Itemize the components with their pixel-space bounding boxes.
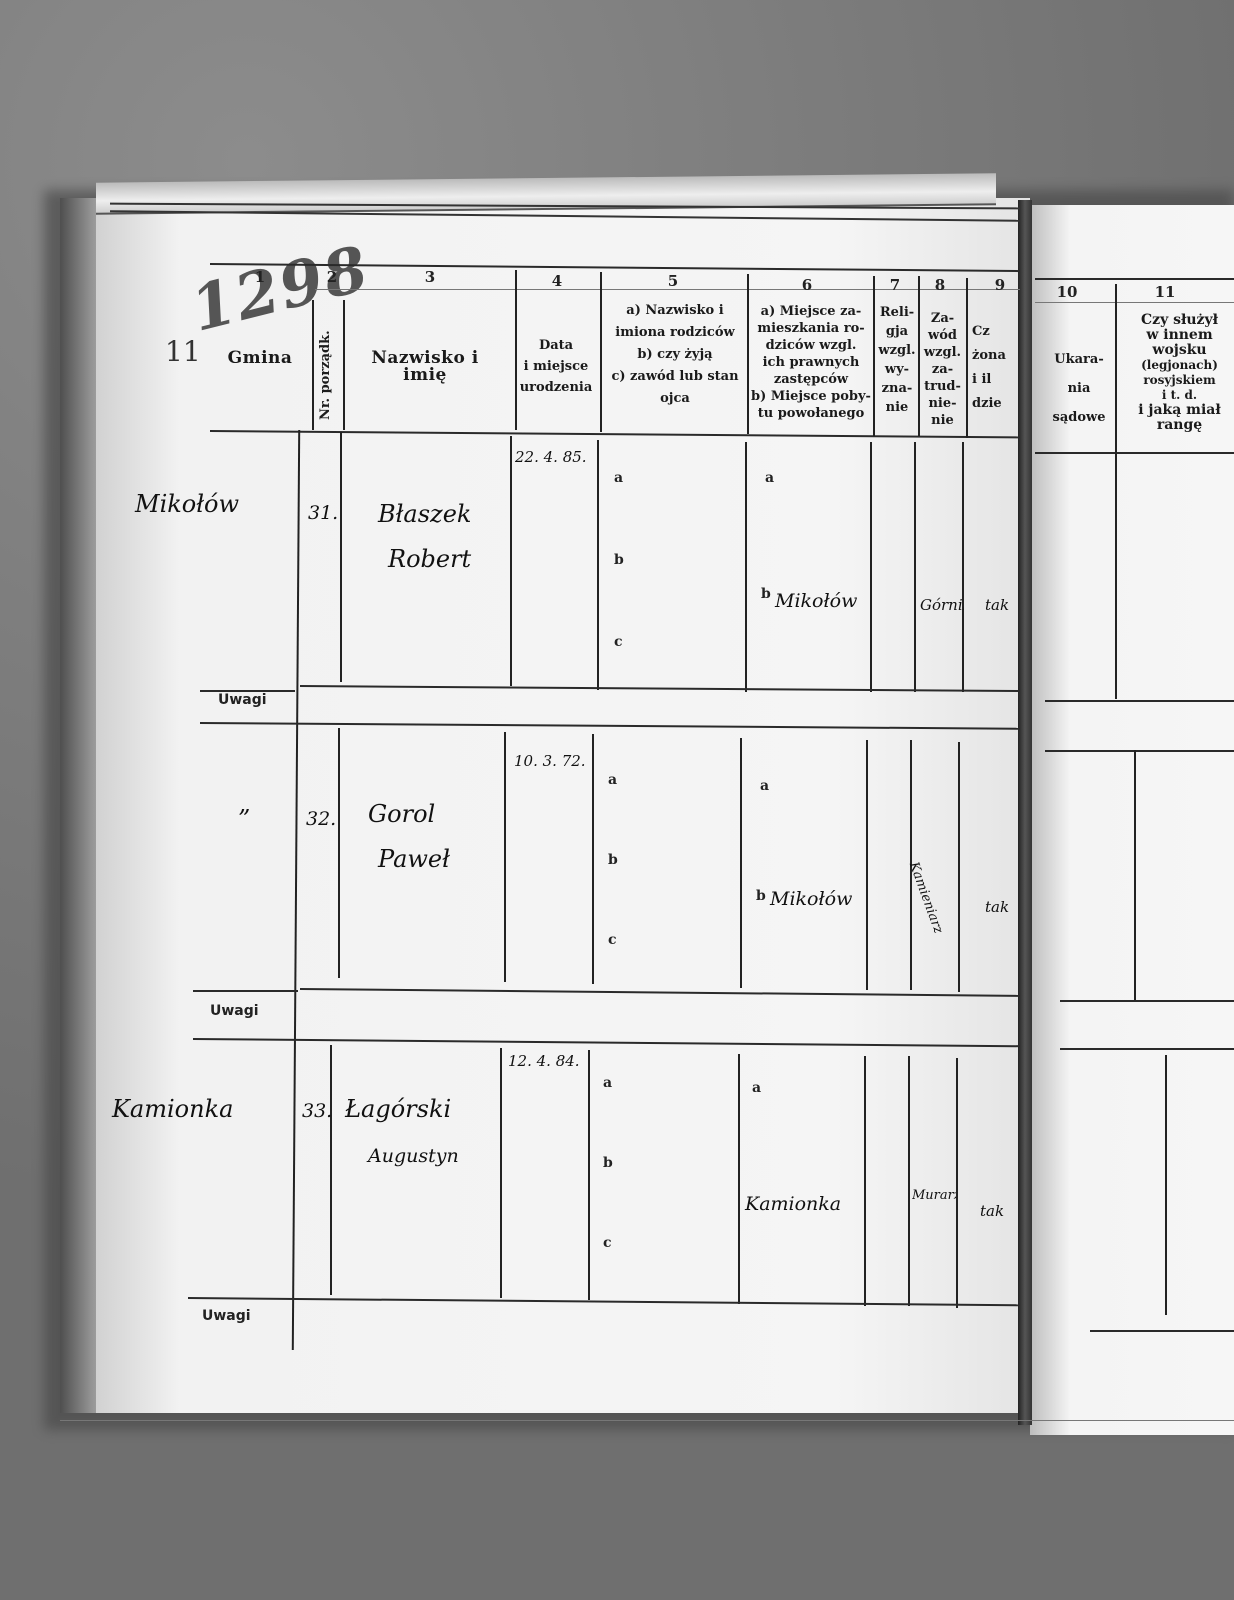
remarks-label: Uwagi — [202, 1308, 251, 1324]
entry-2-surname: Gorol — [368, 800, 435, 828]
row1-divider — [962, 442, 964, 692]
entry-1-sub-c: c — [614, 634, 623, 650]
row3-divider — [500, 1048, 502, 1298]
row1-divider — [914, 442, 916, 692]
right-header-bottom-rule — [1035, 452, 1234, 454]
header-zonaty: Cz żona i il dzie — [972, 320, 1018, 416]
entry-2-res-a: a — [760, 778, 769, 794]
column-number-6: 6 — [797, 276, 817, 294]
row1-divider — [510, 436, 512, 686]
header-line: a) Miejsce za- — [748, 303, 874, 320]
header-line: Ukara- — [1040, 345, 1118, 374]
column-divider-10-11 — [1115, 284, 1117, 699]
column-divider-1-2 — [312, 300, 314, 430]
right-header-number-rule — [1035, 302, 1234, 303]
header-line: rangę — [1125, 418, 1234, 433]
entry-1-birth-date: 22. 4. 85. — [515, 448, 587, 466]
header-nazwisko-imie: Nazwisko i imię — [350, 350, 500, 384]
header-line: nie — [876, 398, 918, 417]
header-line: ich prawnych — [748, 354, 874, 371]
header-line: gja — [876, 322, 918, 341]
header-line: imiona rodziców — [600, 322, 750, 344]
header-line: zna- — [876, 379, 918, 398]
header-line: zastępców — [748, 371, 874, 388]
entry-3-gmina: Kamionka — [112, 1095, 233, 1123]
header-line: trud- — [920, 378, 965, 395]
remarks-label: Uwagi — [218, 692, 267, 708]
row2-divider — [740, 738, 742, 988]
entry-2-sub-b: b — [608, 852, 618, 868]
header-line: c) zawód lub stan — [600, 366, 750, 388]
entry-1-res-b: b — [761, 586, 771, 602]
row1-divider — [597, 440, 599, 690]
entry-1-given-name: Robert — [388, 545, 471, 573]
header-line: nie — [920, 412, 965, 429]
left-page-edge — [60, 198, 96, 1413]
header-line: a) Nazwisko i — [600, 300, 750, 322]
column-number-1: 1 — [250, 268, 270, 286]
header-line: Cz — [972, 320, 1018, 344]
remarks-label: Uwagi — [210, 1003, 259, 1019]
column-number-8: 8 — [930, 276, 950, 294]
entry-1-residence: Mikołów — [775, 590, 857, 612]
header-line: wy- — [876, 360, 918, 379]
page-bottom-line — [60, 1420, 1234, 1421]
header-line: ojca — [600, 388, 750, 410]
entry-2-sub-c: c — [608, 932, 617, 948]
column-divider-8-9 — [966, 278, 968, 438]
entry-3-sub-a: a — [603, 1075, 612, 1091]
header-gmina: Gmina — [215, 350, 305, 367]
row1-divider — [745, 442, 747, 692]
header-line: żona — [972, 344, 1018, 368]
column-divider-5-6 — [747, 274, 749, 434]
header-ukarania-sadowe: Ukara- nia sądowe — [1040, 345, 1118, 432]
entry-3-occupation: Murarz — [912, 1188, 956, 1203]
column-divider-3-4 — [515, 270, 517, 430]
entry-3-residence: Kamionka — [745, 1193, 841, 1215]
entry-3-given-name: Augustyn — [368, 1145, 459, 1167]
column-divider-2-3 — [343, 300, 345, 430]
header-line: dzie — [972, 392, 1018, 416]
column-number-2: 2 — [322, 268, 342, 286]
row1-divider — [870, 442, 872, 692]
header-line: i t. d. — [1125, 388, 1234, 403]
row2-bottom-rule-left — [193, 990, 298, 992]
right-row3-divider — [1165, 1055, 1167, 1315]
row2-divider — [592, 734, 594, 984]
header-line: b) Miejsce poby- — [748, 388, 874, 405]
book-gutter — [1018, 200, 1032, 1425]
header-line: dziców wzgl. — [748, 337, 874, 354]
right-row1-rule — [1045, 700, 1234, 702]
right-row1-remarks-rule — [1045, 750, 1234, 752]
header-rodzice: a) Nazwisko i imiona rodziców b) czy żyj… — [600, 300, 750, 410]
row2-divider — [504, 732, 506, 982]
entry-2-birth-date: 10. 3. 72. — [514, 752, 586, 770]
header-line: wód — [920, 327, 965, 344]
header-line: za- — [920, 361, 965, 378]
header-line: i il — [972, 368, 1018, 392]
column-number-5: 5 — [663, 272, 683, 290]
row3-divider — [908, 1056, 910, 1306]
header-line: wzgl. — [876, 341, 918, 360]
entry-1-res-a: a — [765, 470, 774, 486]
header-data-urodzenia: Data i miejsce urodzenia — [512, 335, 600, 398]
row2-divider — [866, 740, 868, 990]
column-number-10: 10 — [1052, 283, 1082, 301]
entry-2-col9: tak — [985, 898, 1017, 916]
entry-3-res-a: a — [752, 1080, 761, 1096]
header-line: Za- — [920, 310, 965, 327]
column-number-7: 7 — [885, 276, 905, 294]
header-line: tu powołanego — [748, 405, 874, 422]
right-row2-rule — [1060, 1000, 1234, 1002]
row2-divider — [338, 728, 340, 978]
column-number-4: 4 — [547, 272, 567, 290]
header-miejsce-zamieszkania: a) Miejsce za- mieszkania ro- dziców wzg… — [748, 303, 874, 422]
row3-divider — [330, 1045, 332, 1295]
row3-divider — [588, 1050, 590, 1300]
row2-divider — [958, 742, 960, 992]
header-line: urodzenia — [512, 377, 600, 398]
column-number-11: 11 — [1150, 283, 1180, 301]
entry-3-sub-c: c — [603, 1235, 612, 1251]
header-religia: Reli- gja wzgl. wy- zna- nie — [876, 303, 918, 417]
header-line: rosyjskiem — [1125, 373, 1234, 388]
header-nr-porzadkowy: Nr. porządk. — [318, 330, 333, 420]
entry-2-residence: Mikołów — [770, 888, 852, 910]
entry-2-gmina: ” — [238, 805, 250, 833]
header-sluzba-wojskowa: Czy służył w innem wojsku (legjonach) ro… — [1125, 313, 1234, 433]
right-header-top-rule — [1035, 278, 1234, 280]
entry-2-nr: 32. — [306, 808, 336, 830]
column-number-9: 9 — [990, 276, 1010, 294]
entry-3-sub-b: b — [603, 1155, 613, 1171]
entry-2-given-name: Paweł — [378, 845, 450, 873]
header-line: w innem — [1125, 328, 1234, 343]
entry-1-occupation: Górnik — [920, 596, 964, 614]
entry-2-res-b: b — [756, 888, 766, 904]
row3-divider — [956, 1058, 958, 1308]
column-number-3: 3 — [420, 268, 440, 286]
entry-3-surname: Łagórski — [345, 1095, 451, 1123]
row3-divider — [864, 1056, 866, 1306]
right-row2-remarks-rule — [1060, 1048, 1234, 1050]
entry-3-col9: tak — [980, 1202, 1016, 1220]
header-line: Czy służył — [1125, 313, 1234, 328]
entry-1-gmina: Mikołów — [135, 490, 239, 518]
row3-divider — [738, 1054, 740, 1304]
header-line: i miejsce — [512, 356, 600, 377]
header-line: b) czy żyją — [600, 344, 750, 366]
header-line: wojsku — [1125, 343, 1234, 358]
entry-1-sub-a: a — [614, 470, 623, 486]
entry-2-sub-a: a — [608, 772, 617, 788]
sheet-number: 11 — [165, 335, 201, 368]
right-row3-rule — [1090, 1330, 1234, 1332]
header-line: wzgl. — [920, 344, 965, 361]
entry-3-nr: 33. — [302, 1100, 332, 1122]
right-row2-divider — [1134, 750, 1136, 1000]
entry-1-sub-b: b — [614, 552, 624, 568]
entry-3-birth-date: 12. 4. 84. — [508, 1052, 580, 1070]
row1-divider — [340, 432, 342, 682]
entry-1-surname: Błaszek — [378, 500, 471, 528]
header-zawod: Za- wód wzgl. za- trud- nie- nie — [920, 310, 965, 429]
header-line: Reli- — [876, 303, 918, 322]
column-divider-6-7 — [873, 276, 875, 436]
header-line: (legjonach) — [1125, 358, 1234, 373]
entry-1-nr: 31. — [308, 502, 338, 524]
header-line: nie- — [920, 395, 965, 412]
header-line: nia — [1040, 374, 1118, 403]
header-line: i jaką miał — [1125, 403, 1234, 418]
column-divider-7-8 — [918, 276, 920, 436]
column-divider-4-5 — [600, 272, 602, 432]
header-line: mieszkania ro- — [748, 320, 874, 337]
header-line: Data — [512, 335, 600, 356]
header-line: sądowe — [1040, 403, 1118, 432]
entry-1-col9: tak — [985, 596, 1017, 614]
